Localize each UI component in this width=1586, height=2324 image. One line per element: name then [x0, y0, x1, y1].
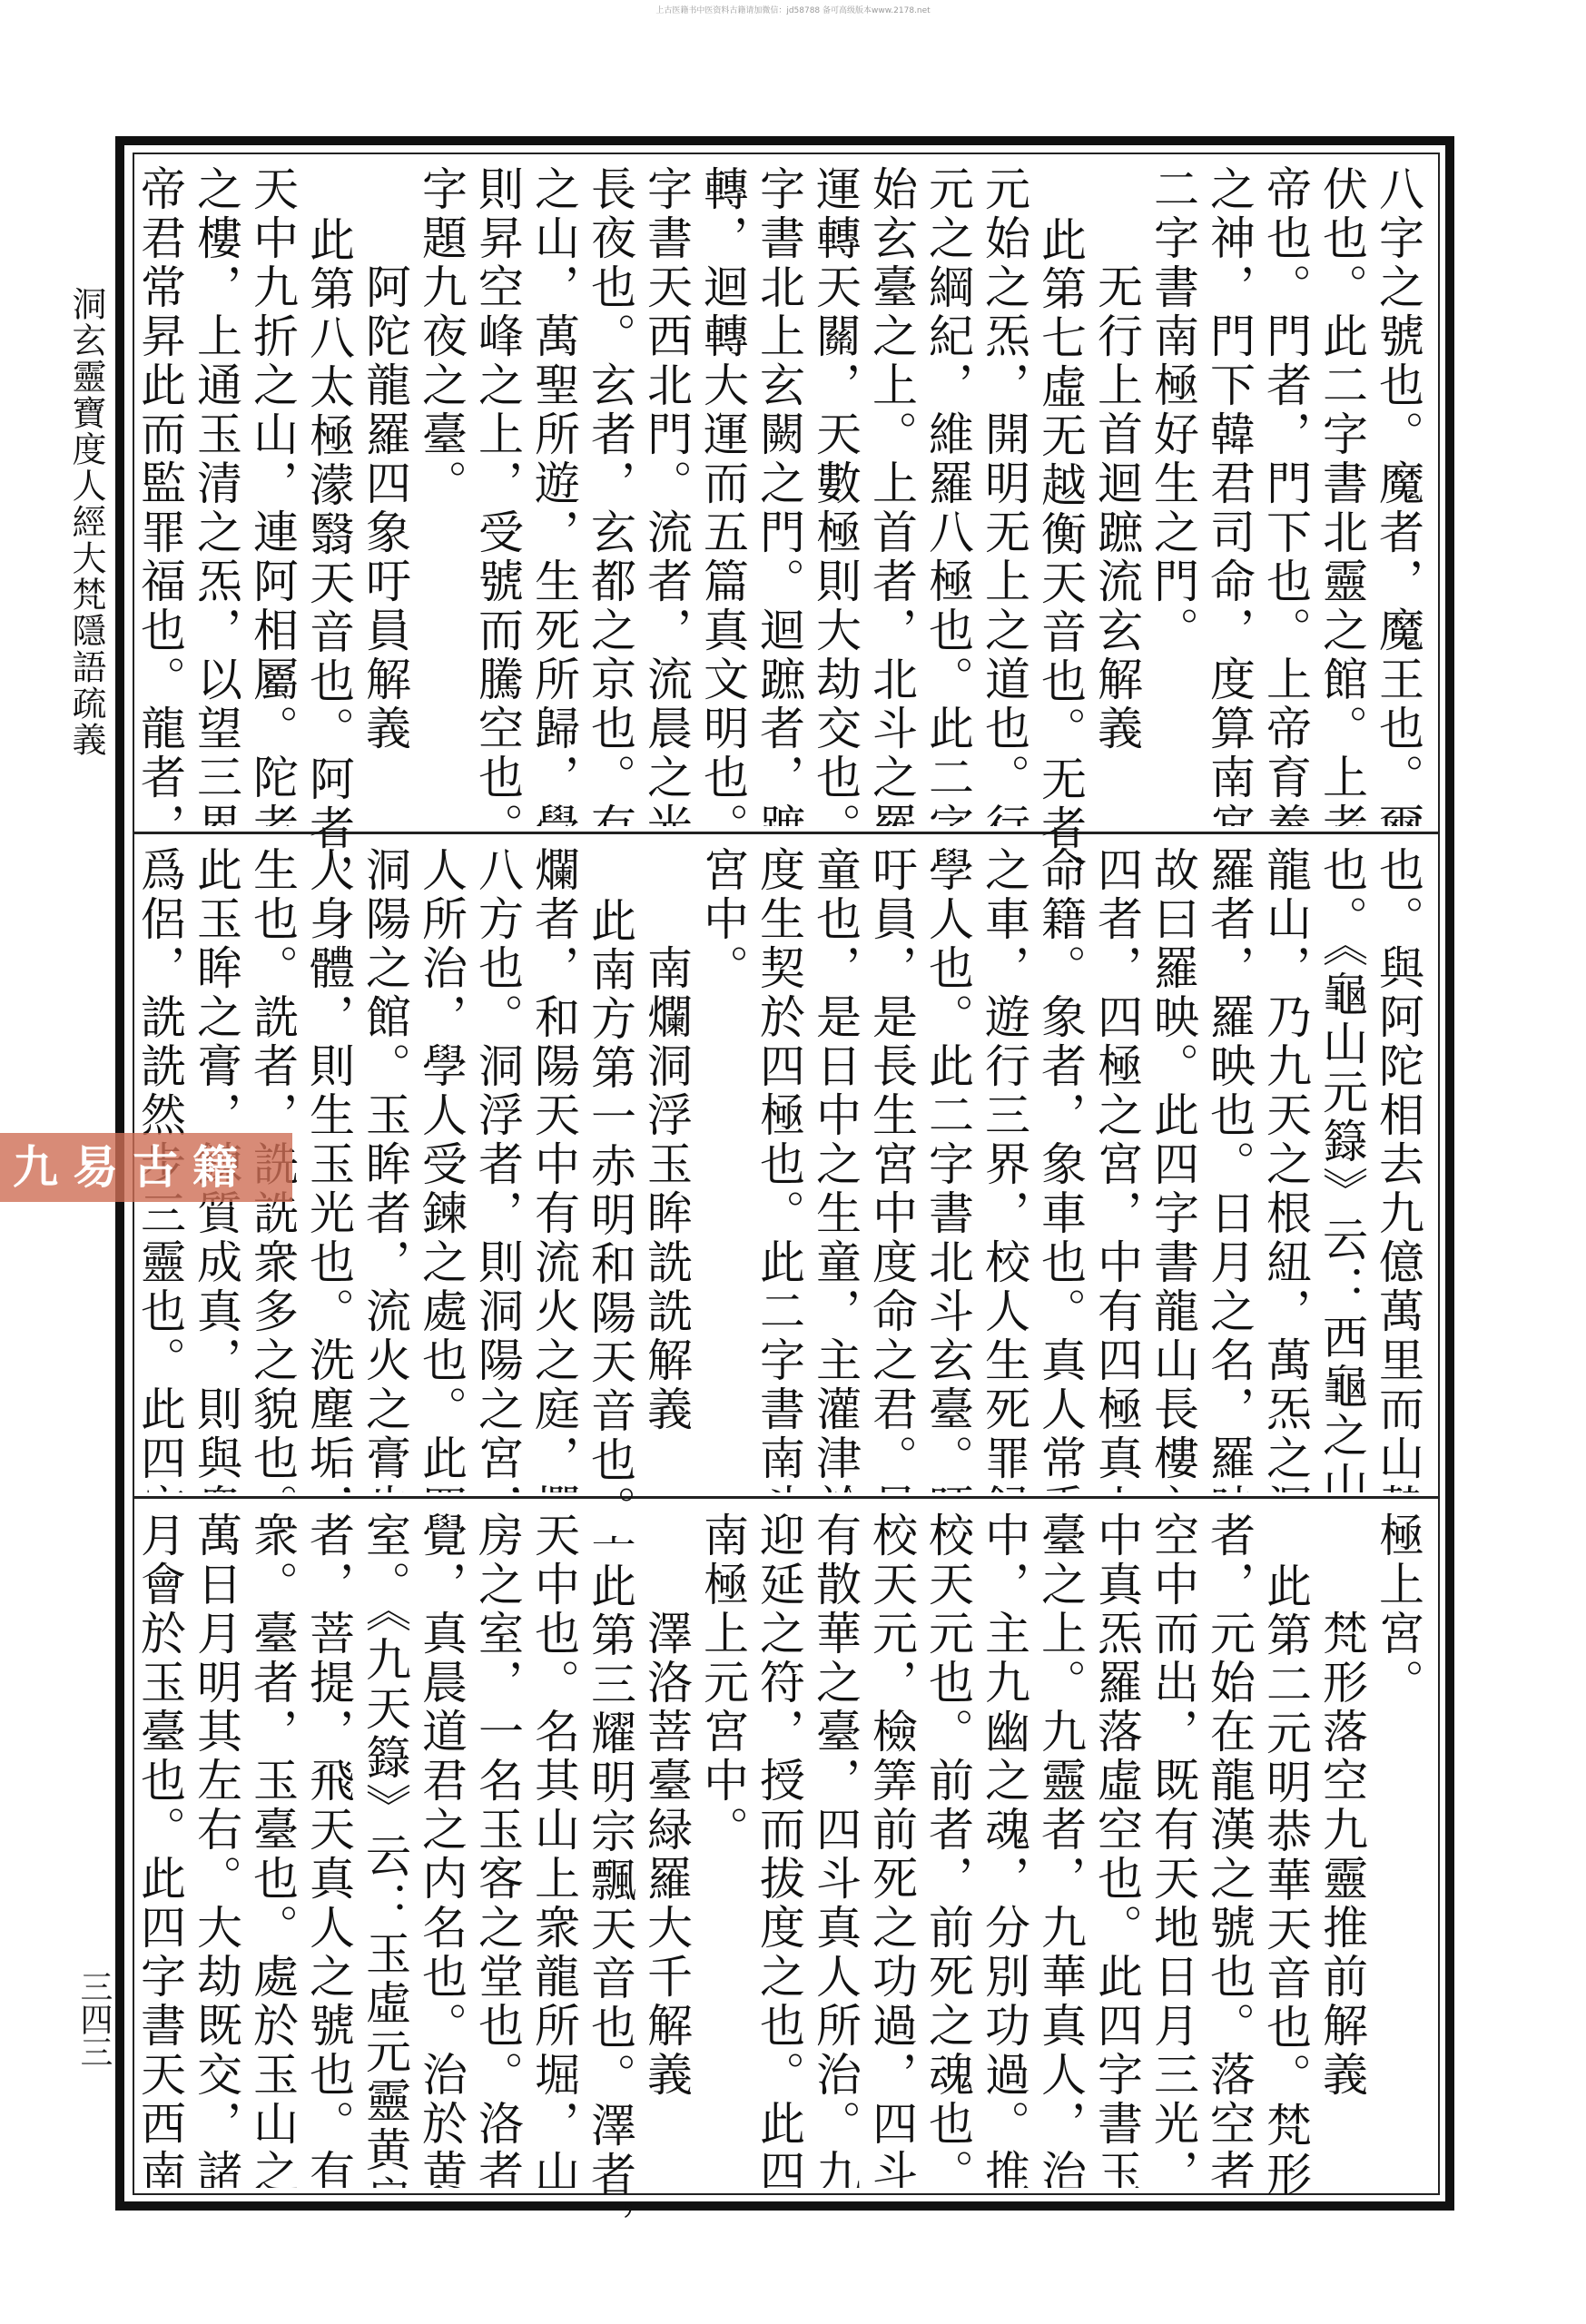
- text-column: 室。《九天籙》云：玉虛元靈黄房。菩: [356, 1512, 412, 2188]
- text-columns: 也。與阿陀相去九億萬里而山勢相交也。《龜山元籙》云：西龜之山，一曰龍山，乃九天之…: [131, 846, 1425, 1492]
- text-column: 有散華之臺，四斗真人所治。九靈推: [806, 1512, 862, 2188]
- text-column: 伏也。此二字書北靈之館。上者，上: [1313, 165, 1369, 826]
- register-middle: 也。與阿陀相去九億萬里而山勢相交也。《龜山元籙》云：西龜之山，一曰龍山，乃九天之…: [154, 846, 1425, 1492]
- text-column: 帝君常昇此而監罪福也。龍者，龍山: [131, 165, 187, 826]
- text-column: 字書北上玄闕之門。迴蹠者，蹠空而: [750, 165, 806, 826]
- text-column: 衆。臺者，玉臺也。處於玉山之陽，三: [243, 1512, 300, 2188]
- section-heading: 澤洛菩臺緑羅大千解義: [637, 1512, 694, 2286]
- text-column: 運轉天關，天數極則大劫交也。此二: [806, 165, 862, 826]
- text-column: 故曰羅映。此四字書龍山長樓之上。: [1144, 846, 1200, 1492]
- text-column: 二字書南極好生之門。: [1144, 165, 1200, 826]
- text-column: 命籍。象者，象車也。真人常乘象輪: [1031, 846, 1088, 1492]
- text-column: 之山，萬聖所遊，生死所歸，學道得成，: [525, 165, 581, 826]
- text-column: 此第七虛无越衡天音也。无者，: [1031, 165, 1088, 877]
- text-column: 爛者，和陽天中有流火之庭，爛光煥乎: [525, 846, 581, 1492]
- text-column: 四者，四極之宮，中有四極真人，主人: [1088, 846, 1144, 1492]
- text-column: 房之室，一名玉客之堂也。洛者，洛: [468, 1512, 525, 2188]
- text-column: 始玄臺之上。上首者，北斗之羅宮也。: [862, 165, 919, 826]
- text-column: 南極上元宮中。: [694, 1512, 750, 2188]
- section-heading: 梵形落空九靈推前解義: [1313, 1512, 1369, 2286]
- text-column: 也。與阿陀相去九億萬里而山勢相交: [1369, 846, 1425, 1492]
- register-divider-lower: [133, 1496, 1440, 1499]
- text-column: 天中九折之山，連阿相屬。陀者，山上: [243, 165, 300, 826]
- text-column: 八方也。洞浮者，則洞陽之宮，南極真: [468, 846, 525, 1492]
- text-column: 則昇空峰之上，受號而騰空也。此二: [468, 165, 525, 826]
- text-column: 長夜也。玄者，玄都之京也。有空峰: [581, 165, 637, 826]
- text-column: 人所治，學人受鍊之處也。此四字書: [412, 846, 468, 1492]
- text-column: 洞陽之館。玉眸者，流火之膏也。鍊: [356, 846, 412, 1492]
- text-column: 迎延之符，授而拔度之也。此四字書: [750, 1512, 806, 2188]
- scan-source-note: 上古医籍书中医资料古籍请加微信：jd58788 备可高级版本www.2178.n…: [0, 4, 1586, 15]
- text-column: 也。《龜山元籙》云：西龜之山，一曰: [1313, 846, 1369, 1492]
- page-number: 三四三: [71, 1970, 117, 2068]
- text-column: 者，元始在龍漢之號也。落空者，元始: [1200, 1512, 1256, 2188]
- text-column: 童也，是日中之生童，主灌津於天人，: [806, 846, 862, 1492]
- text-column: 萬日月明其左右。大劫既交，諸天日: [187, 1512, 243, 2188]
- register-top: 八字之號也。魔者，魔王也。爾時降伏也。此二字書北靈之館。上者，上帝也。門者，門下…: [154, 165, 1425, 826]
- text-column: 轉，迴轉大運而五篇真文明也。此二: [694, 165, 750, 826]
- text-column: 字題九夜之臺。: [412, 165, 468, 826]
- text-column: 臺之上。九靈者，九華真人，治南上宮: [1031, 1512, 1088, 2188]
- text-column: 之樓，上通玉清之炁，以望三界之鄉，: [187, 165, 243, 826]
- text-column: 度生契於四極也。此二字書南斗長生: [750, 846, 806, 1492]
- text-column: 覺，真晨道君之内名也。治於黄房之: [412, 1512, 468, 2188]
- text-columns: 極上宮。梵形落空九靈推前解義此第二元明恭華天音也。梵形者，元始在龍漢之號也。落空…: [131, 1512, 1425, 2188]
- text-columns: 八字之號也。魔者，魔王也。爾時降伏也。此二字書北靈之館。上者，上帝也。門者，門下…: [131, 165, 1425, 826]
- text-column: 中，主九幽之魂，分別功過。推者，推: [975, 1512, 1031, 2188]
- text-column: 月會於玉臺也。此四字書天西南黄房: [131, 1512, 187, 2188]
- text-column: 校天元，檢筭前死之功過，四斗真人書: [862, 1512, 919, 2188]
- text-column: 帝也。門者，門下也。上帝育養始生: [1256, 165, 1313, 826]
- text-column: 中真炁羅落虛空也。此四字書玉京玄: [1088, 1512, 1144, 2188]
- text-column: 八字之號也。魔者，魔王也。爾時降: [1369, 165, 1425, 826]
- text-column: 天中也。名其山上衆龍所堀，山有黄: [525, 1512, 581, 2188]
- text-column: 者，菩提，飛天真人之號也。有无數之: [300, 1512, 356, 2188]
- section-heading: 南爛洞浮玉眸詵詵解義: [637, 846, 694, 1590]
- text-column: 之車，遊行三界，校人生死罪録，開度: [975, 846, 1031, 1492]
- book-title: 洞玄靈寶度人經大梵隱語疏義: [64, 286, 109, 758]
- text-column: 龍山，乃九天之根紐，萬炁之洞府也。: [1256, 846, 1313, 1492]
- text-column: 元之綱紀，維羅八極也。此二字書元: [919, 165, 975, 826]
- text-column: 此第二元明恭華天音也。梵形: [1256, 1512, 1313, 2239]
- section-heading: 无行上首迴蹠流玄解義: [1088, 165, 1144, 924]
- text-column: 人身體，則生玉光也。洗塵垢，輪轉更: [300, 846, 356, 1492]
- text-column: 學人也。此二字書北斗玄臺。吁者，: [919, 846, 975, 1492]
- text-column: 之神，門下韓君司命，度算南宮也。此: [1200, 165, 1256, 826]
- text-column: 宮中。: [694, 846, 750, 1492]
- text-column: 羅者，羅映也。日月之名，羅映耀雲，: [1200, 846, 1256, 1492]
- text-column: 空中而出，既有天地日月三光，而知空: [1144, 1512, 1200, 2188]
- text-column: 此第八太極濛翳天音也。阿者，: [300, 165, 356, 877]
- watermark-banner: 九易古籍网: [0, 1133, 292, 1202]
- text-column: 此南方第一赤明和陽天音也。南: [581, 846, 637, 1543]
- text-column: 極上宮。: [1369, 1512, 1425, 2188]
- section-heading: 阿陀龍羅四象吁員解義: [356, 165, 412, 924]
- text-column: 校天元也。前者，前死之魂也。天中: [919, 1512, 975, 2188]
- text-column: 元始之炁，開明无上之道也。行者，天: [975, 165, 1031, 826]
- text-column: 此第三耀明宗飄天音也。澤者，: [581, 1512, 637, 2239]
- register-bottom: 極上宮。梵形落空九靈推前解義此第二元明恭華天音也。梵形者，元始在龍漢之號也。落空…: [154, 1512, 1425, 2188]
- text-column: 字書天西北門。流者，流晨之光，制於: [637, 165, 694, 826]
- text-column: 吁員，是長生宮中度命之君。員者，員: [862, 846, 919, 1492]
